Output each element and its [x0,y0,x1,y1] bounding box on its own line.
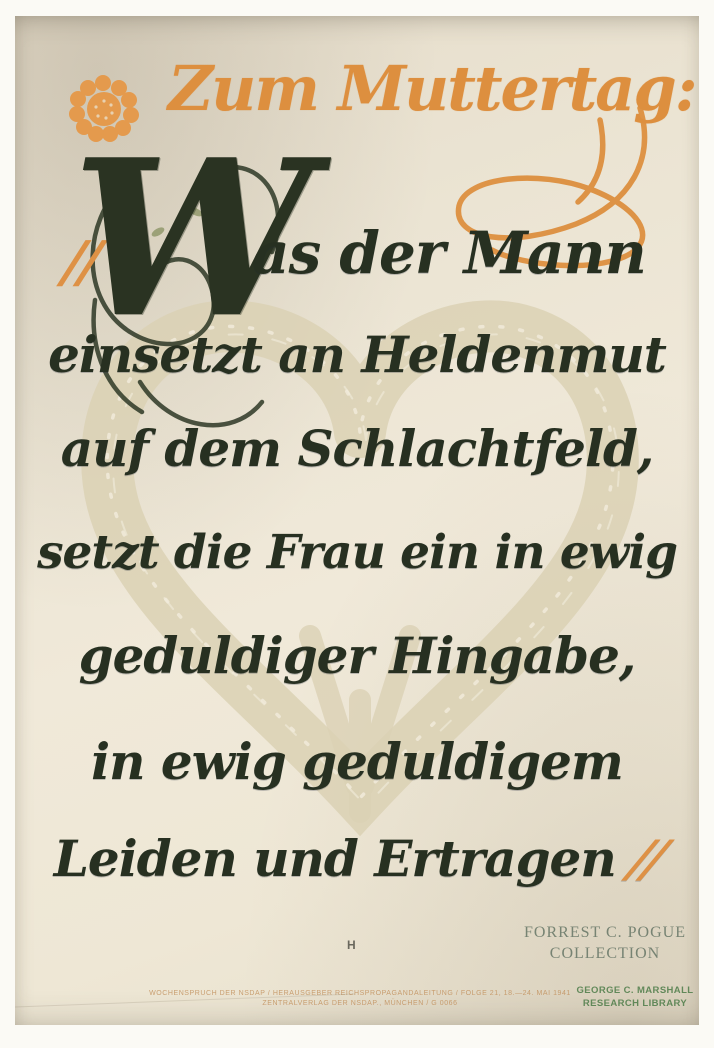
pogue-stamp-line-1: FORREST C. POGUE [500,922,710,943]
pogue-collection-stamp: FORREST C. POGUE COLLECTION [500,922,710,964]
slide-frame: Zum Muttertag: // W as der Mann einsetzt… [0,0,714,1048]
quote-line-2: einsetzt an Heldenmut [15,330,699,380]
imprint-line-1: WOCHENSPRUCH DER NSDAP / HERAUSGEBER REI… [120,989,600,999]
quote-close-mark: // [624,834,669,884]
poster-title: Zum Muttertag: [168,58,696,120]
pogue-stamp-line-2: COLLECTION [500,943,710,964]
quote-line-3: auf dem Schlachtfeld, [15,424,699,474]
quote-line-4: setzt die Frau ein in ewig [15,529,699,576]
quote-line-7-text: Leiden und Ertragen [54,829,616,888]
quote-line-1: as der Mann [252,224,646,282]
quote-line-6: in ewig geduldigem [15,737,699,787]
quote-line-5: geduldiger Hingabe, [15,631,699,681]
quote-line-7: Leiden und Ertragen// [15,834,699,884]
letter-h-mark: H [347,938,356,952]
